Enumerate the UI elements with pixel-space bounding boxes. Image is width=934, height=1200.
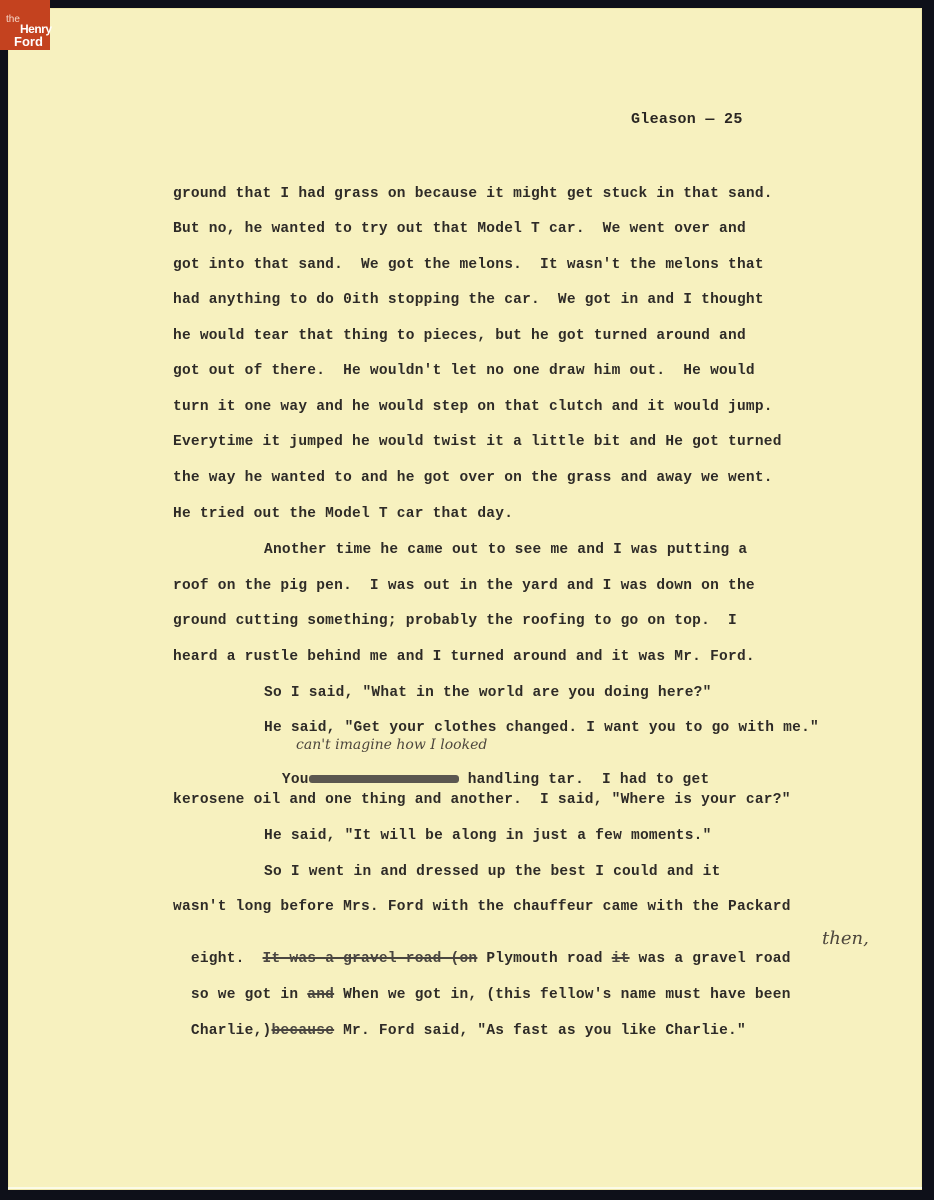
text-line: But no, he wanted to try out that Model … [173, 221, 746, 237]
text: Plymouth road [477, 951, 611, 967]
text-line: He said, "It will be along in just a few… [264, 828, 712, 844]
text: Mr. Ford said, "As fast as you like Char… [334, 1023, 746, 1039]
struck-text: because [271, 1023, 334, 1039]
text-line: So I said, "What in the world are you do… [264, 685, 712, 701]
text: so we got in [191, 987, 298, 1003]
text-line: he would tear that thing to pieces, but … [173, 328, 746, 344]
text-line: heard a rustle behind me and I turned ar… [173, 649, 755, 665]
text: When we got in, (this fellow's name must… [334, 987, 791, 1003]
struck-text: and [307, 987, 334, 1003]
struck-text: It was a gravel road (on [263, 951, 478, 967]
text-line-edited: eight. It was a gravel road (on Plymouth… [173, 935, 791, 967]
text-line: ground that I had grass on because it mi… [173, 186, 773, 202]
text-line: wasn't long before Mrs. Ford with the ch… [173, 899, 791, 915]
page-header: Gleason — 25 [631, 111, 743, 128]
text-line: So I went in and dressed up the best I c… [264, 864, 721, 880]
logo-ford: Ford [14, 34, 43, 49]
text: handling tar. I had to get [459, 772, 710, 788]
text-line: kerosene oil and one thing and another. … [173, 792, 791, 808]
page-edge [8, 1187, 922, 1189]
blotted-text: 've got a knack in [309, 775, 459, 783]
handwritten-insertion: then, [822, 928, 869, 949]
text-line: the way he wanted to and he got over on … [173, 470, 773, 486]
logo-the: the [6, 14, 20, 25]
text: You [282, 772, 309, 788]
text-line: got out of there. He wouldn't let no one… [173, 363, 755, 379]
text-line-edited: Charlie,)because Mr. Ford said, "As fast… [173, 1007, 746, 1039]
text-line-edited: You've got a knack in handling tar. I ha… [264, 756, 709, 788]
text: Charlie,) [191, 1023, 272, 1039]
text-line: got into that sand. We got the melons. I… [173, 257, 764, 273]
text: was a gravel road [630, 951, 791, 967]
struck-text: it [612, 951, 630, 967]
text-line: roof on the pig pen. I was out in the ya… [173, 578, 755, 594]
text: eight. [191, 951, 263, 967]
text-line: He tried out the Model T car that day. [173, 506, 513, 522]
text-line-edited: so we got in and When we got in, (this f… [173, 971, 791, 1003]
text-line: had anything to do 0ith stopping the car… [173, 292, 764, 308]
text-line: Everytime it jumped he would twist it a … [173, 434, 782, 450]
text-line: Another time he came out to see me and I… [264, 542, 747, 558]
handwritten-insertion: can't imagine how I looked [296, 737, 487, 753]
text-line: ground cutting something; probably the r… [173, 613, 737, 629]
henry-ford-logo: the Henry Ford [0, 0, 50, 50]
text-line: turn it one way and he would step on tha… [173, 399, 773, 415]
text-line: He said, "Get your clothes changed. I wa… [264, 720, 819, 736]
